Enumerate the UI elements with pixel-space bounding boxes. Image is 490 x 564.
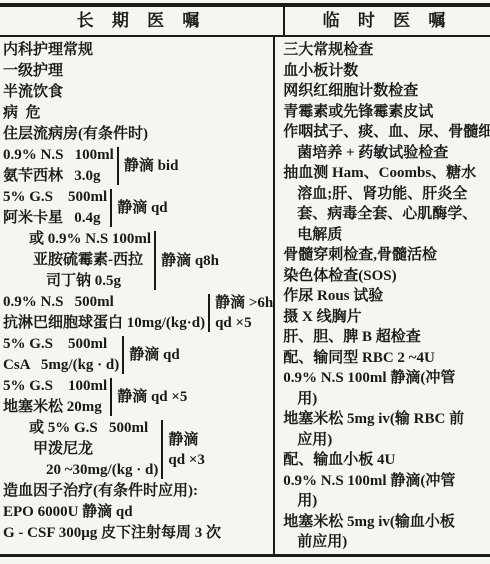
drug-line: 亚胺硫霉素-西拉 <box>0 250 151 271</box>
temporary-column: 三大常规检查血小板计数网织红细胞计数检查青霉素或先锋霉素皮试作咽拭子、痰、血、尿… <box>273 37 490 554</box>
order-line: 地塞米松 5mg iv(输 RBC 前 <box>275 409 490 430</box>
header-temporary-orders: 临 时 医 嘱 <box>283 7 490 35</box>
order-line: G - CSF 300μg 皮下注射每周 3 次 <box>0 523 273 544</box>
order-group: 0.9% N.S 500ml抗淋巴细胞球蛋白 10mg/(kg·d)静滴 >6h… <box>0 292 273 334</box>
order-line: 溶血;肝、肾功能、肝炎全 <box>275 184 490 205</box>
order-line: 住层流病房(有条件时) <box>0 124 273 145</box>
dose-instruction-line: 静滴 qd <box>129 345 179 365</box>
dose-instruction-line: qd ×3 <box>168 450 204 470</box>
order-group: 5% G.S 100ml地塞米松 20mg静滴 qd ×5 <box>0 376 273 418</box>
order-line: 前应用) <box>275 532 490 553</box>
dose-instruction-line: qd ×5 <box>215 313 273 333</box>
order-line: 应用) <box>275 430 490 451</box>
long-term-column: 内科护理常规一级护理半流饮食病 危住层流病房(有条件时)0.9% N.S 100… <box>0 37 273 554</box>
order-line: EPO 6000U 静滴 qd <box>0 502 273 523</box>
drug-lines: 0.9% N.S 500ml抗淋巴细胞球蛋白 10mg/(kg·d) <box>0 292 205 334</box>
header-long-term-orders: 长 期 医 嘱 <box>0 7 283 35</box>
order-line: 内科护理常规 <box>0 40 273 61</box>
dose-instruction: 静滴 qd ×5 <box>112 387 187 407</box>
order-line: 作尿 Rous 试验 <box>275 286 490 307</box>
drug-lines: 5% G.S 500mlCsA 5mg/(kg · d) <box>0 334 119 376</box>
order-line: 病 危 <box>0 103 273 124</box>
order-line: 血小板计数 <box>275 61 490 82</box>
order-line: 套、病毒全套、心肌酶学、 <box>275 204 490 225</box>
dose-instruction-line: 静滴 >6h <box>215 293 273 313</box>
order-line: 地塞米松 5mg iv(输血小板 <box>275 512 490 533</box>
dose-instruction-line: 静滴 qd <box>117 198 167 218</box>
order-line: 一级护理 <box>0 61 273 82</box>
order-line: 肝、胆、脾 B 超检查 <box>275 327 490 348</box>
drug-line: 地塞米松 20mg <box>0 397 107 418</box>
table-header: 长 期 医 嘱 临 时 医 嘱 <box>0 7 490 37</box>
drug-lines: 5% G.S 100ml地塞米松 20mg <box>0 376 107 418</box>
medical-order-sheet: 长 期 医 嘱 临 时 医 嘱 内科护理常规一级护理半流饮食病 危住层流病房(有… <box>0 3 490 557</box>
dose-instruction: 静滴 >6hqd ×5 <box>210 293 273 333</box>
drug-line: 0.9% N.S 500ml <box>0 292 205 313</box>
drug-lines: 5% G.S 500ml阿米卡星 0.4g <box>0 187 107 229</box>
order-line: 网织红细胞计数检查 <box>275 81 490 102</box>
drug-line: 氨苄西林 3.0g <box>0 166 114 187</box>
drug-line: 甲泼尼龙 <box>0 439 158 460</box>
dose-instruction: 静滴 qd <box>112 198 167 218</box>
order-group: 0.9% N.S 100ml氨苄西林 3.0g静滴 bid <box>0 145 273 187</box>
drug-line: 司丁钠 0.5g <box>0 271 151 292</box>
drug-lines: 或 0.9% N.S 100ml亚胺硫霉素-西拉司丁钠 0.5g <box>0 229 151 292</box>
order-line: 电解质 <box>275 225 490 246</box>
dose-instruction-line: 静滴 <box>168 430 204 450</box>
order-line: 摄 X 线胸片 <box>275 307 490 328</box>
order-line: 用) <box>275 491 490 512</box>
dose-instruction: 静滴 bid <box>119 156 179 176</box>
order-line: 配、输血小板 4U <box>275 450 490 471</box>
order-line: 0.9% N.S 100ml 静滴(冲管 <box>275 471 490 492</box>
order-line: 抽血测 Ham、Coombs、糖水 <box>275 163 490 184</box>
order-line: 作咽拭子、痰、血、尿、骨髓细 <box>275 122 490 143</box>
drug-line: 抗淋巴细胞球蛋白 10mg/(kg·d) <box>0 313 205 334</box>
drug-line: CsA 5mg/(kg · d) <box>0 355 119 376</box>
drug-line: 0.9% N.S 100ml <box>0 145 114 166</box>
table-body: 内科护理常规一级护理半流饮食病 危住层流病房(有条件时)0.9% N.S 100… <box>0 37 490 554</box>
dose-instruction-line: 静滴 bid <box>124 156 179 176</box>
drug-line: 5% G.S 500ml <box>0 187 107 208</box>
order-group: 5% G.S 500mlCsA 5mg/(kg · d)静滴 qd <box>0 334 273 376</box>
drug-line: 或 5% G.S 500ml <box>0 418 158 439</box>
order-line: 骨髓穿刺检查,骨髓活检 <box>275 245 490 266</box>
order-line: 0.9% N.S 100ml 静滴(冲管 <box>275 368 490 389</box>
drug-line: 或 0.9% N.S 100ml <box>0 229 151 250</box>
drug-line: 20 ~30mg/(kg · d) <box>0 460 158 481</box>
drug-line: 阿米卡星 0.4g <box>0 208 107 229</box>
order-line: 青霉素或先锋霉素皮试 <box>275 102 490 123</box>
drug-line: 5% G.S 100ml <box>0 376 107 397</box>
order-line: 配、输同型 RBC 2 ~4U <box>275 348 490 369</box>
order-line: 半流饮食 <box>0 82 273 103</box>
order-group: 或 5% G.S 500ml甲泼尼龙20 ~30mg/(kg · d)静滴qd … <box>0 418 273 481</box>
dose-instruction: 静滴 q8h <box>156 251 219 271</box>
order-line: 染色体检查(SOS) <box>275 266 490 287</box>
dose-instruction-line: 静滴 q8h <box>161 251 219 271</box>
drug-line: 5% G.S 500ml <box>0 334 119 355</box>
dose-instruction: 静滴qd ×3 <box>163 430 204 470</box>
order-line: 用) <box>275 389 490 410</box>
drug-lines: 0.9% N.S 100ml氨苄西林 3.0g <box>0 145 114 187</box>
order-line: 造血因子治疗(有条件时应用): <box>0 481 273 502</box>
order-line: 菌培养 + 药敏试验检查 <box>275 143 490 164</box>
drug-lines: 或 5% G.S 500ml甲泼尼龙20 ~30mg/(kg · d) <box>0 418 158 481</box>
order-line: 三大常规检查 <box>275 40 490 61</box>
order-group: 5% G.S 500ml阿米卡星 0.4g静滴 qd <box>0 187 273 229</box>
order-group: 或 0.9% N.S 100ml亚胺硫霉素-西拉司丁钠 0.5g静滴 q8h <box>0 229 273 292</box>
dose-instruction: 静滴 qd <box>124 345 179 365</box>
dose-instruction-line: 静滴 qd ×5 <box>117 387 187 407</box>
